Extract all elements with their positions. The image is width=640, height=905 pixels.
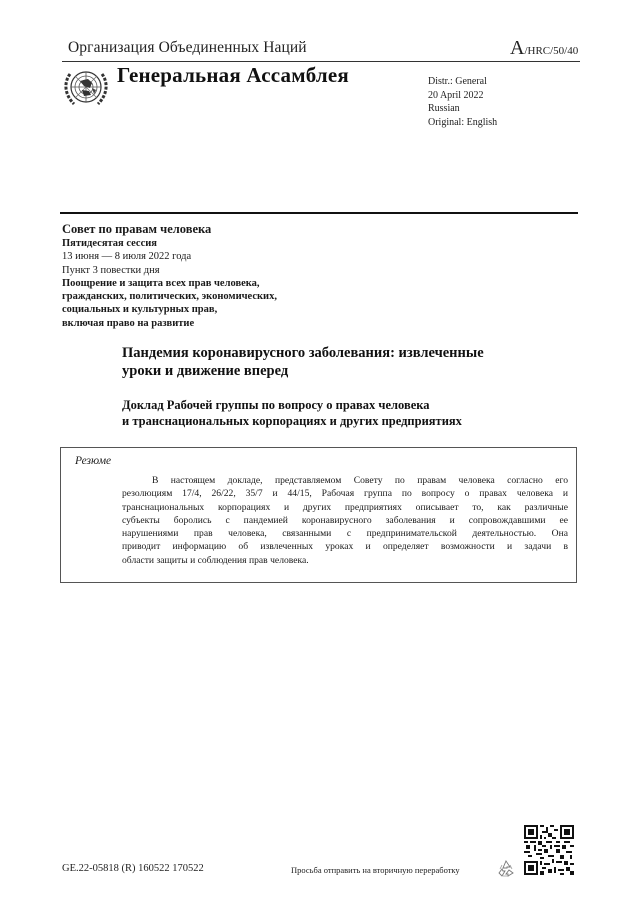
summary-line: субъекты боролись с пандемией коронавиру… (122, 514, 568, 527)
recycle-icon (496, 859, 516, 879)
summary-line: области защиты и соблюдения прав человек… (122, 554, 568, 567)
summary-line: В настоящем докладе, представляемом Сове… (122, 474, 568, 487)
session-name: Пятидесятая сессия (62, 237, 277, 250)
agenda-item-title-line: гражданских, политических, экономических… (62, 290, 277, 303)
qr-code-icon (524, 824, 574, 876)
agenda-item-title-line: Поощрение и защита всех прав человека, (62, 277, 277, 290)
report-subtitle: Доклад Рабочей группы по вопросу о права… (122, 398, 462, 429)
agenda-item-title-line: социальных и культурных прав, (62, 303, 277, 316)
report-title-line: Пандемия коронавирусного заболевания: из… (122, 345, 484, 363)
header-rule (62, 61, 580, 62)
language-line: Russian (428, 102, 497, 116)
assembly-title: Генеральная Ассамблея (117, 63, 349, 88)
summary-line: приводит информацию об извлеченных урока… (122, 540, 568, 553)
summary-line: транснациональных корпорациях и других п… (122, 501, 568, 514)
original-language-line: Original: English (428, 116, 497, 130)
recycle-note: Просьба отправить на вторичную переработ… (291, 865, 460, 875)
distribution-line: Distr.: General (428, 75, 497, 89)
organization-name: Организация Объединенных Наций (68, 39, 307, 57)
summary-text: В настоящем докладе, представляемом Сове… (122, 474, 568, 567)
report-title-line: уроки и движение вперед (122, 363, 484, 381)
document-symbol: A/HRC/50/40 (510, 38, 578, 58)
summary-line: нарушениями прав человека, связанными с … (122, 527, 568, 540)
report-subtitle-line: и транснациональных корпорациях и других… (122, 414, 462, 430)
summary-label: Резюме (75, 455, 111, 467)
date-line: 20 April 2022 (428, 89, 497, 103)
agenda-block: Совет по правам человека Пятидесятая сес… (62, 222, 277, 330)
summary-line: резолюциям 17/4, 26/22, 35/7 и 44/15, Ра… (122, 487, 568, 500)
symbol-rest: /HRC/50/40 (524, 45, 578, 57)
distribution-info: Distr.: General 20 April 2022 Russian Or… (428, 75, 497, 129)
report-subtitle-line: Доклад Рабочей группы по вопросу о права… (122, 398, 462, 414)
symbol-prefix: A (510, 37, 524, 59)
session-dates: 13 июня — 8 июля 2022 года (62, 250, 277, 263)
section-rule (60, 212, 578, 214)
council-name: Совет по правам человека (62, 222, 277, 237)
agenda-item-title-line: включая право на развитие (62, 317, 277, 330)
agenda-item: Пункт 3 повестки дня (62, 264, 277, 277)
report-title: Пандемия коронавирусного заболевания: из… (122, 345, 484, 380)
document-number: GE.22-05818 (R) 160522 170522 (62, 863, 204, 874)
un-emblem-icon (62, 66, 110, 108)
